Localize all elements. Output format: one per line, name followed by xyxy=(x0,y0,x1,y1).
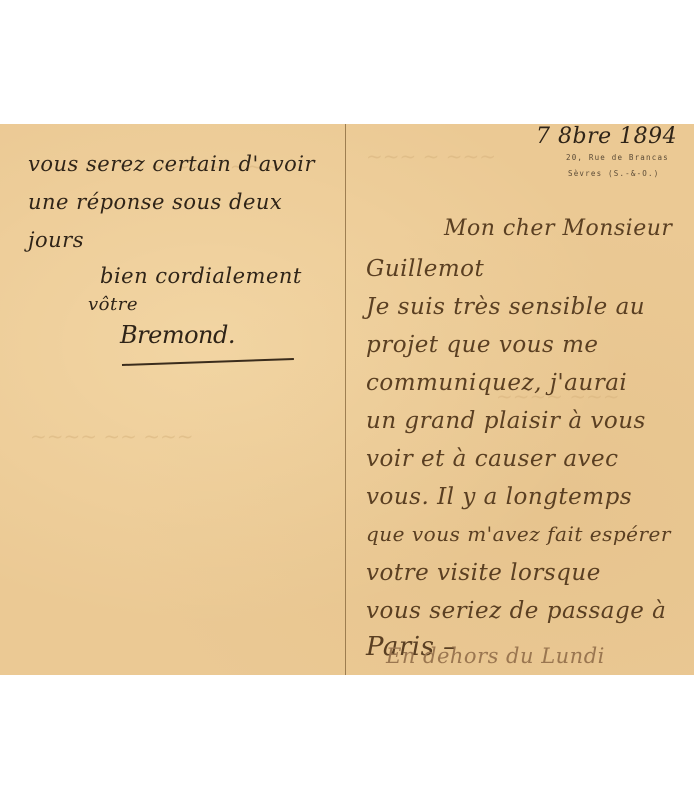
right-body-line-4: communiquez, j'aurai xyxy=(366,370,627,396)
letterhead-city: Sèvres (S.-&-O.) xyxy=(568,169,659,178)
left-body-line-3: jours xyxy=(28,228,84,252)
right-body-line-7: vous. Il y a longtemps xyxy=(366,484,632,510)
letterhead-address: 20, Rue de Brancas xyxy=(566,153,669,162)
letter-sheet: ~ ~~~ ~~~ ~~~~ ~~ ~~~ vous serez certain… xyxy=(0,124,694,675)
left-closing-line-1: bien cordialement xyxy=(100,264,302,288)
left-body-line-1: vous serez certain d'avoir xyxy=(28,152,315,176)
right-body-line-6: voir et à causer avec xyxy=(366,446,619,472)
right-body-line-8: que vous m'avez fait espérer xyxy=(366,522,671,546)
salutation: Mon cher Monsieur xyxy=(444,216,672,241)
letter-date: 7 8bre 1894 xyxy=(536,124,677,149)
right-body-line-3: projet que vous me xyxy=(366,332,599,358)
right-body-line-1: Guillemot xyxy=(366,256,484,282)
bleed-through-text: ~~~ ~ ~~~ xyxy=(366,144,496,168)
right-body-line-5: un grand plaisir à vous xyxy=(366,408,646,434)
right-body-line-9: votre visite lorsque xyxy=(366,560,601,586)
left-page: ~ ~~~ ~~~ ~~~~ ~~ ~~~ vous serez certain… xyxy=(0,124,345,675)
bleed-through-text: ~~~~ ~~ ~~~ xyxy=(30,424,194,448)
postscript: En dehors du Lundi xyxy=(386,644,605,668)
right-body-line-2: Je suis très sensible au xyxy=(366,294,645,320)
signature-underline xyxy=(122,358,294,366)
left-closing-line-2: vôtre xyxy=(88,294,138,315)
signature: Bremond. xyxy=(120,321,235,349)
right-body-line-10: vous seriez de passage à xyxy=(366,598,666,624)
right-page: ~~~ ~ ~~~ ~~~~ ~~~ 7 8bre 1894 20, Rue d… xyxy=(346,124,694,675)
left-body-line-2: une réponse sous deux xyxy=(28,190,282,214)
